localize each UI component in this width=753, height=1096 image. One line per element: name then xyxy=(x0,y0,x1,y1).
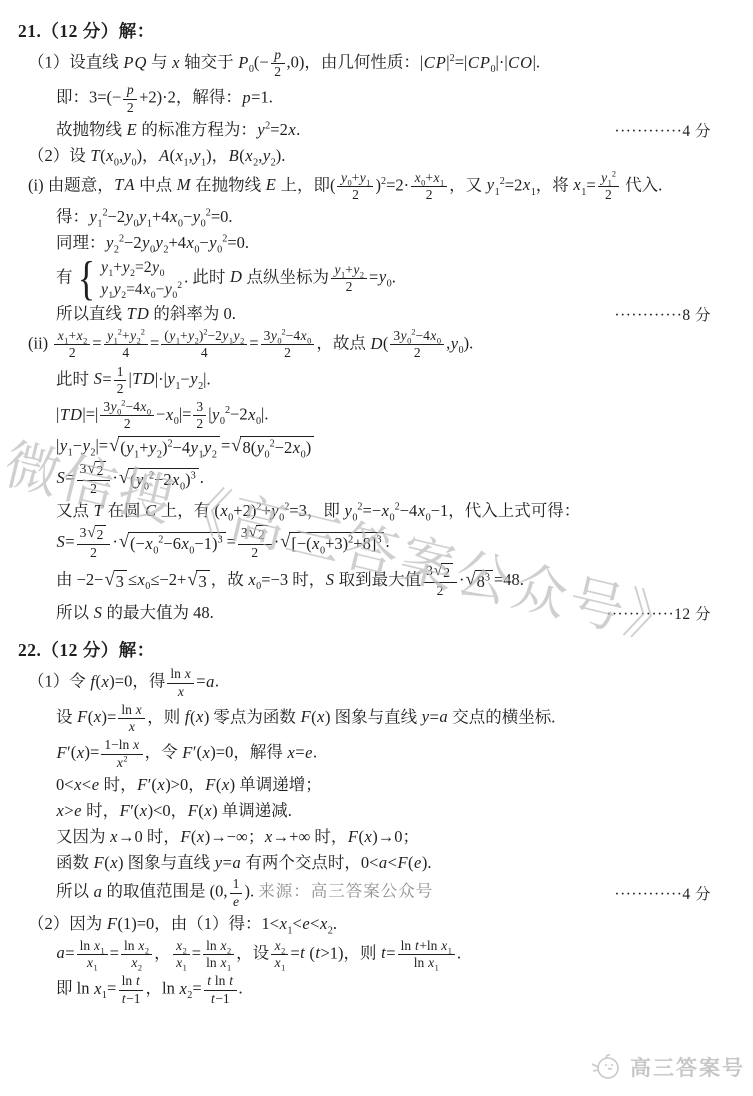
solution-line: |y1−y2|=√(y1+y2)2−4y1y2=√8(y02−2x0) xyxy=(18,434,711,459)
solution-line: 所以 a 的取值范围是 (0,1e). 来源：高三答案公众号··········… xyxy=(18,876,711,909)
solution-line: (ii) x1+x22=y12+y224=(y1+y2)2−2y1y24=3y0… xyxy=(18,328,711,361)
solution-line: 0<x<e 时，F′(x)>0，F(x) 单调递增； xyxy=(18,773,711,797)
solution-line: 同理：y22−2y0y2+4x0−y02=0. xyxy=(18,231,711,255)
math-expression: 得：y12−2y0y1+4x0−y02=0. xyxy=(56,205,233,229)
score-marker: ············4 分 xyxy=(600,882,711,904)
solution-line: x>e 时，F′(x)<0，F(x) 单调递减. xyxy=(18,799,711,823)
math-expression: 又点 T 在圆 C 上，有 (x0+2)2+y02=3，即 y02=−x02−4… xyxy=(56,499,580,523)
math-expression: a=ln x1x1=ln x2x2，x2x1=ln x2ln x1，设x2x1=… xyxy=(56,938,461,971)
chick-face-icon xyxy=(588,1052,624,1082)
solution-line: （2）因为 F(1)=0，由（1）得：1<x1<e<x2. xyxy=(18,912,711,936)
problem-21: 21.（12 分）解： （1）设直线 PQ 与 x 轴交于 P0(−p2,0)，… xyxy=(18,18,711,625)
math-expression: 故抛物线 E 的标准方程为：y2=2x. xyxy=(56,118,300,142)
math-expression: 又因为 x→0 时，F(x)→−∞；x→+∞ 时，F(x)→0； xyxy=(56,825,419,849)
solution-line: |TD|=|3y02−4x02−x0|=32|y02−2x0|. xyxy=(18,399,711,432)
solution-line: 又点 T 在圆 C 上，有 (x0+2)2+y02=3，即 y02=−x02−4… xyxy=(18,499,711,523)
math-expression: 由 −2−√3≤x0≤−2+√3，故 x0=−3 时，S 取到最大值3√22·√… xyxy=(56,563,524,599)
solution-line: （2）设 T(x0,y0)，A(x1,y1)，B(x2,y2). xyxy=(18,144,711,168)
math-expression: S=3√22·√(y02−2x0)3. xyxy=(56,461,204,497)
solution-line: 即 ln x1=ln tt−1，ln x2=t ln tt−1. xyxy=(18,973,711,1006)
math-expression: 0<x<e 时，F′(x)>0，F(x) 单调递增； xyxy=(56,773,322,797)
problem-21-heading: 21.（12 分）解： xyxy=(18,18,711,43)
document-page: 21.（12 分）解： （1）设直线 PQ 与 x 轴交于 P0(−p2,0)，… xyxy=(0,0,753,1096)
problem-22: 22.（12 分）解： （1）令 f(x)=0，得ln xx=a.设 F(x)=… xyxy=(18,637,711,1006)
solution-line: 有{y1+y2=2y0y1y2=4x0−y02. 此时 D 点纵坐标为y1+y2… xyxy=(18,257,711,300)
math-expression: （2）因为 F(1)=0，由（1）得：1<x1<e<x2. xyxy=(28,912,337,936)
math-expression: 所以 S 的最大值为 48. xyxy=(56,601,214,625)
math-expression: 此时 S=12|TD|·|y1−y2|. xyxy=(56,364,211,397)
solution-line: 此时 S=12|TD|·|y1−y2|. xyxy=(18,364,711,397)
solution-line: a=ln x1x1=ln x2x2，x2x1=ln x2ln x1，设x2x1=… xyxy=(18,938,711,971)
math-expression: （1）设直线 PQ 与 x 轴交于 P0(−p2,0)，由几何性质：|CP|2=… xyxy=(28,47,540,80)
solution-line: （1）设直线 PQ 与 x 轴交于 P0(−p2,0)，由几何性质：|CP|2=… xyxy=(18,47,711,80)
math-expression: 即 ln x1=ln tt−1，ln x2=t ln tt−1. xyxy=(56,973,243,1006)
math-expression: (i) 由题意，TA 中点 M 在抛物线 E 上，即(y0+y12)2=2·x0… xyxy=(28,170,662,203)
math-expression: |TD|=|3y02−4x02−x0|=32|y02−2x0|. xyxy=(56,399,268,432)
problem-22-heading: 22.（12 分）解： xyxy=(18,637,711,662)
solution-line: S=3√22·√(y02−2x0)3. xyxy=(18,461,711,497)
score-marker: ············4 分 xyxy=(600,119,711,141)
solution-line: 又因为 x→0 时，F(x)→−∞；x→+∞ 时，F(x)→0； xyxy=(18,825,711,849)
math-expression: （1）令 f(x)=0，得ln xx=a. xyxy=(28,666,219,699)
score-marker: ············8 分 xyxy=(600,303,711,325)
math-expression: F′(x)=1−ln xx2，令 F′(x)=0，解得 x=e. xyxy=(56,737,317,770)
math-expression: (ii) x1+x22=y12+y224=(y1+y2)2−2y1y24=3y0… xyxy=(28,328,473,361)
score-marker: ············12 分 xyxy=(592,602,711,624)
solution-line: F′(x)=1−ln xx2，令 F′(x)=0，解得 x=e. xyxy=(18,737,711,770)
solution-line: 故抛物线 E 的标准方程为：y2=2x.············4 分 xyxy=(18,118,711,142)
solution-line: 所以直线 TD 的斜率为 0.············8 分 xyxy=(18,302,711,326)
solution-line: 设 F(x)=ln xx，则 f(x) 零点为函数 F(x) 图象与直线 y=a… xyxy=(18,702,711,735)
solution-line: (i) 由题意，TA 中点 M 在抛物线 E 上，即(y0+y12)2=2·x0… xyxy=(18,170,711,203)
brand-watermark: 高三答案号 xyxy=(588,1052,745,1082)
solution-line: （1）令 f(x)=0，得ln xx=a. xyxy=(18,666,711,699)
solution-line: 由 −2−√3≤x0≤−2+√3，故 x0=−3 时，S 取到最大值3√22·√… xyxy=(18,563,711,599)
math-expression: |y1−y2|=√(y1+y2)2−4y1y2=√8(y02−2x0) xyxy=(56,434,315,459)
solution-line: S=3√22·√(−x02−6x0−1)3=3√22·√[−(x0+3)2+8]… xyxy=(18,525,711,561)
math-expression: 函数 F(x) 图象与直线 y=a 有两个交点时，0<a<F(e). xyxy=(56,851,431,875)
math-expression: 设 F(x)=ln xx，则 f(x) 零点为函数 F(x) 图象与直线 y=a… xyxy=(56,702,555,735)
problem-21-lines: （1）设直线 PQ 与 x 轴交于 P0(−p2,0)，由几何性质：|CP|2=… xyxy=(18,47,711,625)
solution-line: 得：y12−2y0y1+4x0−y02=0. xyxy=(18,205,711,229)
math-expression: x>e 时，F′(x)<0，F(x) 单调递减. xyxy=(56,799,292,823)
math-expression: 即：3=(−p2+2)·2，解得：p=1. xyxy=(56,82,273,115)
math-expression: 有{y1+y2=2y0y1y2=4x0−y02. 此时 D 点纵坐标为y1+y2… xyxy=(56,257,396,300)
math-expression: （2）设 T(x0,y0)，A(x1,y1)，B(x2,y2). xyxy=(28,144,285,168)
math-expression: 所以 a 的取值范围是 (0,1e). 来源：高三答案公众号 xyxy=(56,876,433,909)
math-expression: 所以直线 TD 的斜率为 0. xyxy=(56,302,236,326)
solution-line: 所以 S 的最大值为 48.············12 分 xyxy=(18,601,711,625)
solution-line: 即：3=(−p2+2)·2，解得：p=1. xyxy=(18,82,711,115)
math-expression: S=3√22·√(−x02−6x0−1)3=3√22·√[−(x0+3)2+8]… xyxy=(56,525,390,561)
solution-line: 函数 F(x) 图象与直线 y=a 有两个交点时，0<a<F(e). xyxy=(18,851,711,875)
brand-text: 高三答案号 xyxy=(630,1052,745,1082)
problem-22-lines: （1）令 f(x)=0，得ln xx=a.设 F(x)=ln xx，则 f(x)… xyxy=(18,666,711,1006)
